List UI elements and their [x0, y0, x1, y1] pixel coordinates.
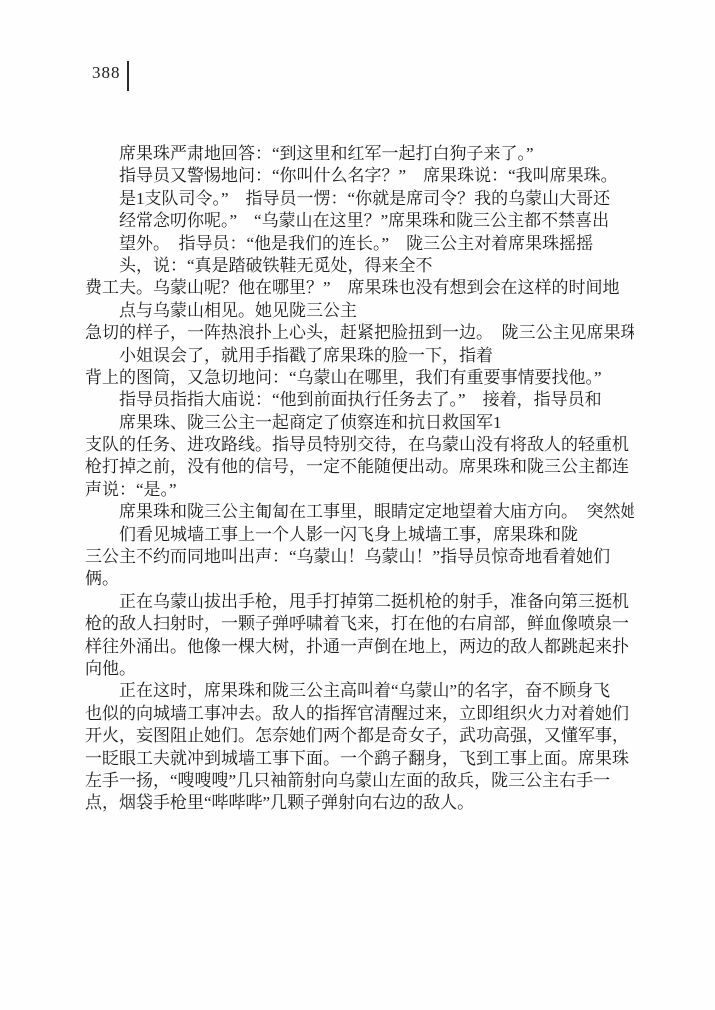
text-line: 们看见城墙工事上一个人影一闪飞身上城墙工事，席果珠和陇: [85, 524, 634, 546]
text-line: 点与乌蒙山相见。她见陇三公主: [85, 300, 634, 322]
text-line: 枪打掉之前，没有他的信号，一定不能随便出动。席果珠和陇三公主都连: [85, 456, 634, 478]
text-line: 席果珠、陇三公主一起商定了侦察连和抗日救国军1: [85, 412, 634, 434]
text-line: 俩。: [85, 568, 634, 590]
text-line: 席果珠和陇三公主匍匐在工事里，眼睛定定地望着大庙方向。 突然她: [85, 501, 634, 523]
page-number: 388: [92, 63, 121, 83]
text-line: 指导员又警惕地问：“你叫什么名字？” 席果珠说：“我叫席果珠。: [85, 165, 634, 187]
text-line: 是1支队司令。” 指导员一愣：“你就是席司令？我的乌蒙山大哥还: [85, 188, 634, 210]
text-line: 开火，妄图阻止她们。怎奈她们两个都是奇女子，武功高强，又懂军事，: [85, 725, 634, 747]
text-line: 席果珠严肃地回答：“到这里和红军一起打白狗子来了。”: [85, 143, 634, 165]
text-line: 急切的样子，一阵热浪扑上心头，赶紧把脸扭到一边。 陇三公主见席果珠: [85, 322, 634, 344]
body-text: 席果珠严肃地回答：“到这里和红军一起打白狗子来了。”指导员又警惕地问：“你叫什么…: [85, 143, 634, 815]
text-line: 正在这时，席果珠和陇三公主高叫着“乌蒙山”的名字，奋不顾身飞: [85, 680, 634, 702]
text-line: 指导员指指大庙说：“他到前面执行任务去了。” 接着，指导员和: [85, 389, 634, 411]
text-line: 枪的敌人扫射时，一颗子弹呼啸着飞来，打在他的右肩部，鲜血像喷泉一: [85, 613, 634, 635]
text-line: 左手一扬，“嗖嗖嗖”几只袖箭射向乌蒙山左面的敌兵，陇三公主右手一: [85, 770, 634, 792]
text-line: 费工夫。乌蒙山呢？他在哪里？” 席果珠也没有想到会在这样的时间地: [85, 277, 634, 299]
text-line: 三公主不约而同地叫出声：“乌蒙山！乌蒙山！”指导员惊奇地看着她们: [85, 546, 634, 568]
text-line: 一眨眼工夫就冲到城墙工事下面。一个鹞子翻身，飞到工事上面。席果珠: [85, 748, 634, 770]
text-line: 向他。: [85, 658, 634, 680]
text-line: 也似的向城墙工事冲去。敌人的指挥官清醒过来，立即组织火力对着她们: [85, 703, 634, 725]
text-line: 背上的图筒，又急切地问：“乌蒙山在哪里，我们有重要事情要找他。”: [85, 367, 634, 389]
page-number-divider: [127, 61, 129, 91]
text-line: 正在乌蒙山拔出手枪，甩手打掉第二挺机枪的射手，准备向第三挺机: [85, 591, 634, 613]
text-line: 小姐误会了，就用手指戳了席果珠的脸一下，指着: [85, 345, 634, 367]
page-header: 388: [0, 0, 715, 100]
text-line: 头，说：“真是踏破铁鞋无觅处，得来全不: [85, 255, 634, 277]
text-line: 经常念叨你呢。” “乌蒙山在这里？”席果珠和陇三公主都不禁喜出: [85, 210, 634, 232]
text-line: 样往外涌出。他像一棵大树，扑通一声倒在地上，两边的敌人都跳起来扑: [85, 636, 634, 658]
book-page: 388 席果珠严肃地回答：“到这里和红军一起打白狗子来了。”指导员又警惕地问：“…: [0, 0, 715, 1010]
text-line: 望外。 指导员：“他是我们的连长。” 陇三公主对着席果珠摇摇: [85, 233, 634, 255]
text-line: 支队的任务、进攻路线。指导员特别交待，在乌蒙山没有将敌人的轻重机: [85, 434, 634, 456]
text-line: 声说：“是。”: [85, 479, 634, 501]
text-line: 点，烟袋手枪里“哔哔哔”几颗子弹射向右边的敌人。: [85, 792, 634, 814]
